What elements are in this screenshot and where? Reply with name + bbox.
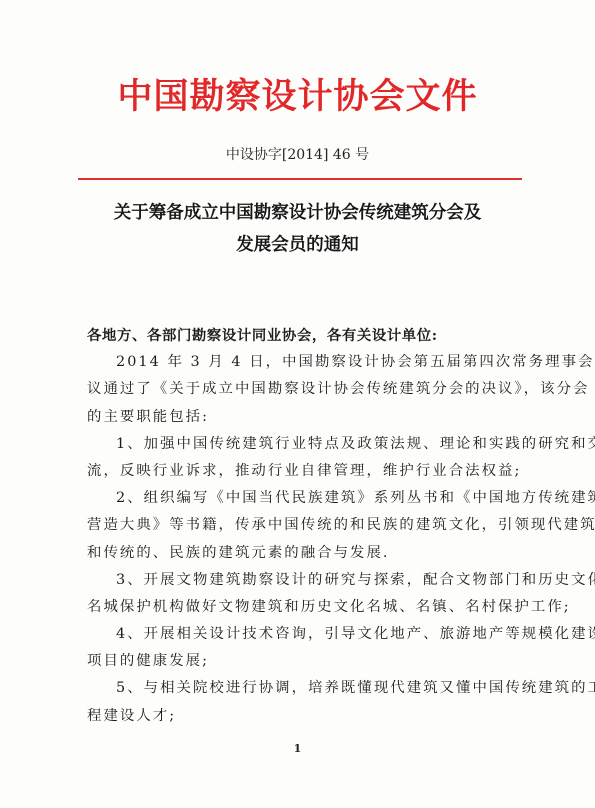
salutation: 各地方、各部门勘察设计同业协会，各有关设计单位: — [87, 322, 517, 349]
function-item-5: 5、与相关院校进行协调，培养既懂现代建筑又懂中国传统建筑的工 — [87, 675, 517, 702]
function-item-2: 2、组织编写《中国当代民族建筑》系列丛书和《中国地方传统建筑 — [87, 485, 517, 512]
function-item-1: 1、加强中国传统建筑行业特点及政策法规、理论和实践的研究和交 — [87, 431, 517, 458]
document-page: 中国勘察设计协会文件 中设协字[2014] 46 号 关于筹备成立中国勘察设计协… — [0, 0, 595, 808]
function-item-3: 3、开展文物建筑勘察设计的研究与探索，配合文物部门和历史文化 — [87, 567, 517, 594]
page-number: 1 — [0, 742, 595, 755]
subject-title-line-2: 发展会员的通知 — [0, 232, 595, 258]
red-header-rule — [78, 178, 522, 180]
function-item-4: 4、开展相关设计技术咨询，引导文化地产、旅游地产等规模化建设 — [87, 621, 517, 648]
issuing-organization-title: 中国勘察设计协会文件 — [0, 72, 595, 122]
subject-title-line-1: 关于筹备成立中国勘察设计协会传统建筑分会及 — [0, 200, 595, 226]
document-number: 中设协字[2014] 46 号 — [0, 145, 595, 165]
body-line: 议通过了《关于成立中国勘察设计协会传统建筑分会的决议》，该分会 — [87, 376, 517, 403]
body-line: 名城保护机构做好文物建筑和历史文化名城、名镇、名村保护工作; — [87, 594, 517, 621]
body-line: 程建设人才; — [87, 703, 517, 730]
body-line: 2014 年 3 月 4 日，中国勘察设计协会第五届第四次常务理事会议审 — [87, 349, 517, 376]
body-line: 营造大典》等书籍，传承中国传统的和民族的建筑文化，引领现代建筑 — [87, 512, 517, 539]
body-line: 项目的健康发展; — [87, 648, 517, 675]
body-line: 和传统的、民族的建筑元素的融合与发展. — [87, 540, 517, 567]
body-line: 的主要职能包括: — [87, 404, 517, 431]
document-body: 各地方、各部门勘察设计同业协会，各有关设计单位: 2014 年 3 月 4 日，… — [87, 322, 517, 730]
body-line: 流，反映行业诉求，推动行业自律管理，维护行业合法权益; — [87, 458, 517, 485]
